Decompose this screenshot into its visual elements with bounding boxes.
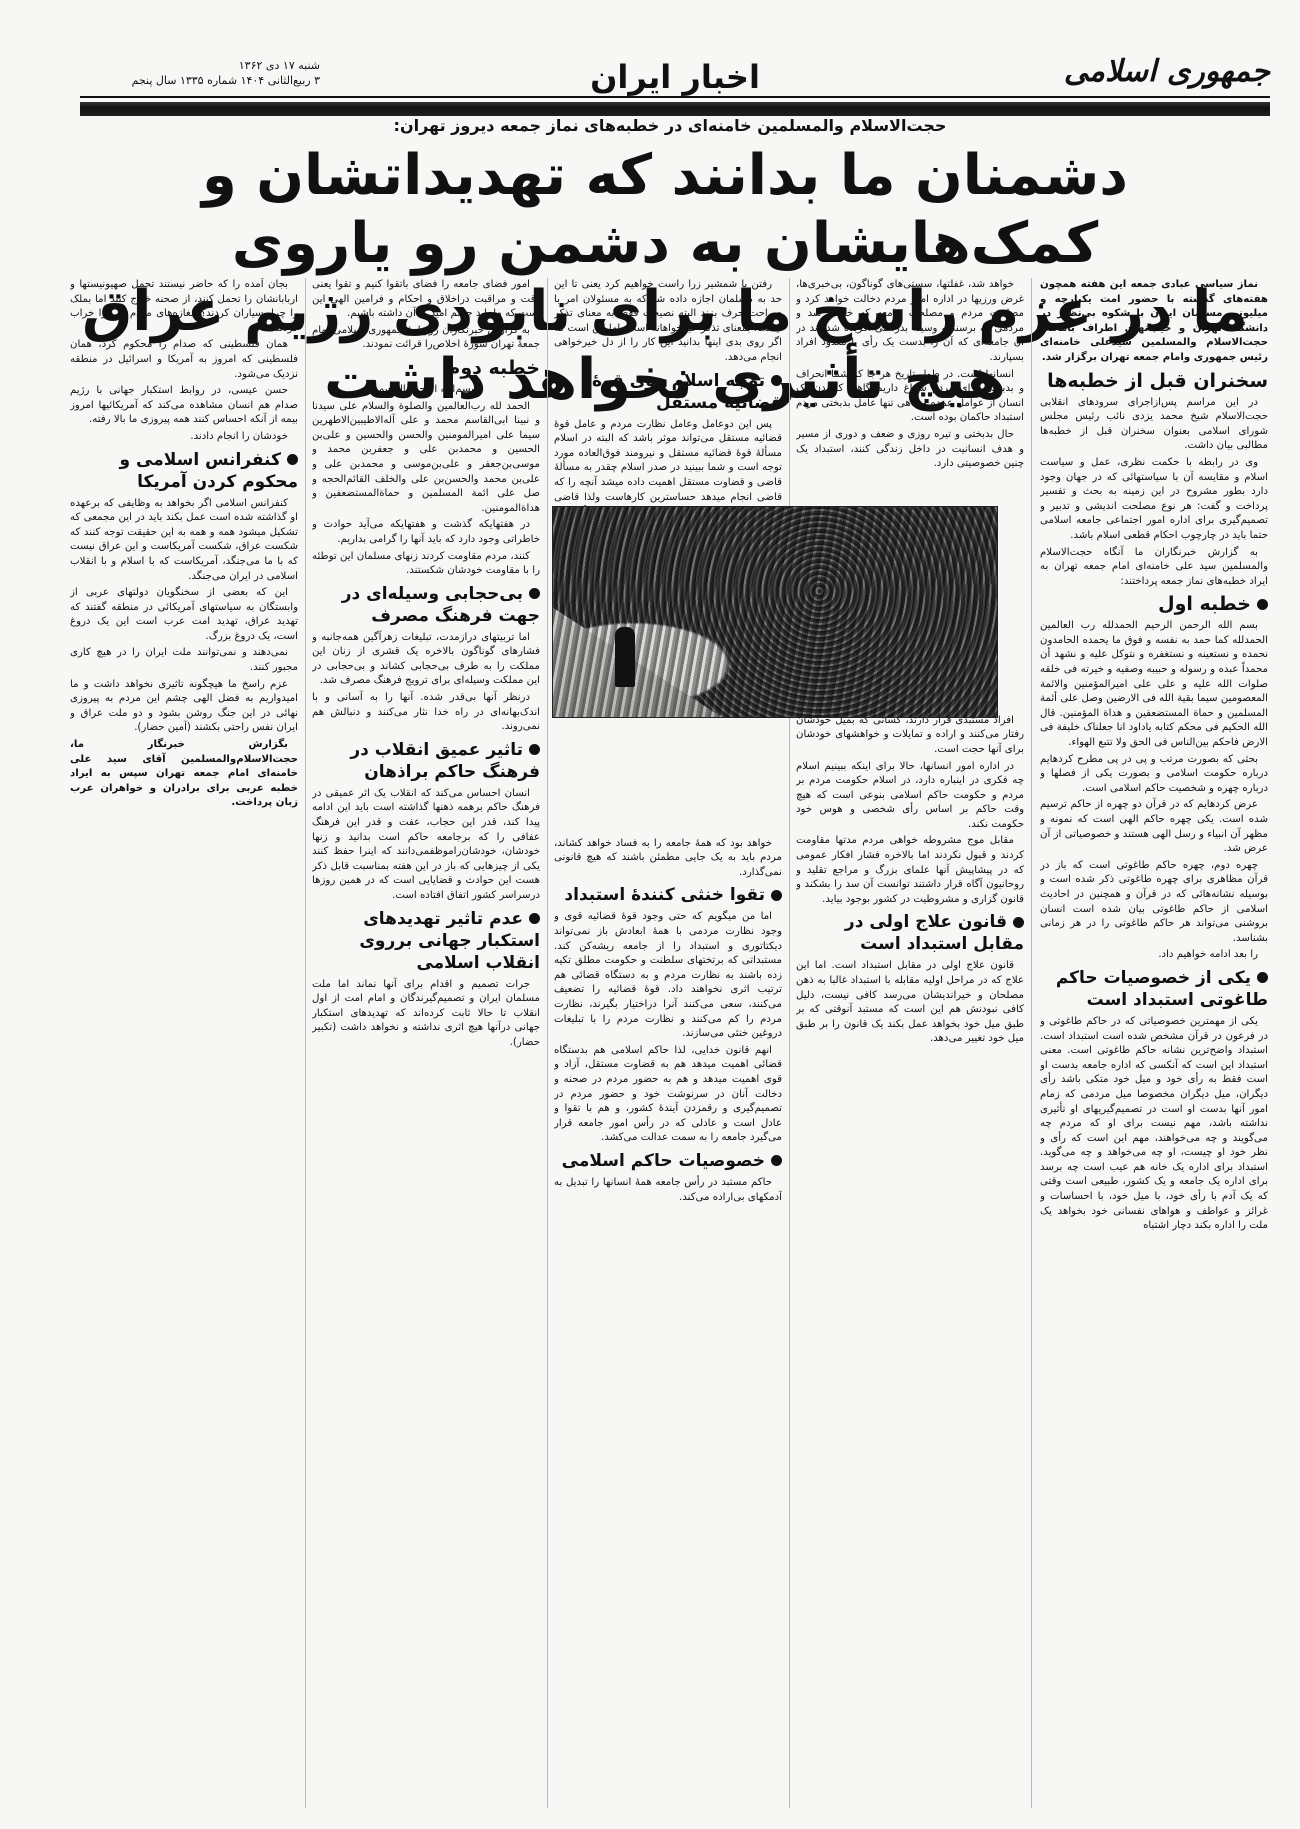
- subheading-law-remedy: قانون علاج اولی در مقابل استبداد است: [796, 911, 1024, 955]
- date-hijri-issue: ۳ ربیع‌الثانی ۱۴۰۴ شماره ۱۳۳۵ سال پنجم: [80, 73, 320, 88]
- headline-kicker: حجت‌الاسلام والمسلمین خامنه‌ای در خطبه‌ه…: [360, 116, 980, 135]
- paragraph: انهم قانون خدایی، لذا حاکم اسلامی هم بدس…: [554, 1044, 782, 1146]
- paragraph: عزم راسخ ما هیچگونه تاثیری نخواهد داشت و…: [70, 678, 298, 736]
- paragraph: اما من میگویم که حتی وجود قوهٔ قضائیه قو…: [554, 910, 782, 1041]
- paragraph: بگزارش خبرنگار ما، حجت‌الاسلام‌والمسلمین…: [70, 738, 298, 811]
- photo-cleric-figure: [615, 627, 635, 687]
- paragraph: حال بدبختی و تیره روزی و ضعف و دوری از م…: [796, 428, 1024, 472]
- masthead: جمهوری اسلامی اخبار ایران شنبه ۱۷ دی ۱۳۶…: [80, 40, 1270, 100]
- paragraph: قانون علاج اولی در مقابل استبداد است. ام…: [796, 959, 1024, 1047]
- paragraph: اما تربیتهای درازمدت، تبلیغات زهرآگین هم…: [312, 631, 540, 689]
- bullet-icon: [1013, 917, 1024, 928]
- paragraph: حاکم مستبد در رأس جامعه همهٔ انسانها را …: [554, 1176, 782, 1205]
- column-1: نماز سیاسی عبادی جمعه این هفته همچون هفت…: [1040, 278, 1268, 1808]
- subheading-text: قانون علاج اولی در مقابل استبداد است: [845, 912, 1024, 954]
- paragraph: خواهد شد، غفلتها، سستی‌های گوناگون، بی‌خ…: [796, 278, 1024, 366]
- subheading-independent-judiciary: توجه اسلام روی قوهٔ قضائیه مستقل: [554, 370, 782, 414]
- column-4: امور فضای جامعه را فضای باتقوا کنیم و تق…: [312, 278, 540, 1808]
- paragraph: به گزارش خبرنگاران روزنامهٔ جمهوری اسلام…: [312, 324, 540, 353]
- intro-paragraph: نماز سیاسی عبادی جمعه این هفته همچون هفت…: [1040, 278, 1268, 366]
- paragraph: عرض کردهایم که در قرآن دو چهره از حاکم ت…: [1040, 798, 1268, 856]
- column-divider: [547, 278, 548, 1808]
- paragraph: کنفرانس اسلامی اگر بخواهد به وظایفی که ب…: [70, 497, 298, 585]
- paragraph: همان فلسطینی که صدام را محکوم کرد، همان …: [70, 338, 298, 382]
- newspaper-page: جمهوری اسلامی اخبار ایران شنبه ۱۷ دی ۱۳۶…: [0, 0, 1300, 1829]
- subheading-piety: تقوا خنثی کنندهٔ استبداد: [554, 884, 782, 906]
- paragraph: چهره دوم، چهره حاکم طاغوتی است که باز در…: [1040, 859, 1268, 947]
- paragraph: کنند، مردم مقاومت کردند زنهای مسلمان این…: [312, 550, 540, 579]
- paragraph: به گزارش خبرنگاران ما آنگاه حجت‌الاسلام …: [1040, 546, 1268, 590]
- masthead-rule-thick: [80, 102, 1270, 116]
- paragraph: در این مراسم پس‌ازاجرای سرودهای انقلابی …: [1040, 396, 1268, 454]
- paragraph: امور فضای جامعه را فضای باتقوا کنیم و تق…: [312, 278, 540, 322]
- subheading-unveiling: بی‌حجابی وسیله‌ای در جهت فرهنگ مصرف: [312, 583, 540, 627]
- paragraph: بجان آمده را که حاضر نیستند تحمل صهیونیس…: [70, 278, 298, 336]
- subheading-pre-sermon-speaker: سخنران قبل از خطبه‌ها: [1040, 370, 1268, 392]
- paragraph: درنظر آنها بی‌قدر شده. آنها را به آسانی …: [312, 691, 540, 735]
- bullet-icon: [529, 588, 540, 599]
- paragraph: در هفتهایکه گذشت و هفتهایکه می‌آید حوادث…: [312, 518, 540, 547]
- section-title: اخبار ایران: [590, 58, 760, 96]
- bullet-icon: [1257, 972, 1268, 983]
- paragraph: بحثی که بصورت مرتب و پی در پی مطرح کردها…: [1040, 753, 1268, 797]
- paragraph: را بعد ادامه خواهیم داد.: [1040, 948, 1268, 963]
- crowd-photo: [552, 506, 998, 718]
- paragraph: افراد مستبدی قرار دارند، کسانی که بمیل خ…: [796, 714, 1024, 758]
- date-gregorian-persian: شنبه ۱۷ دی ۱۳۶۲: [80, 58, 320, 73]
- subheading-text: توجه اسلام روی قوهٔ قضائیه مستقل: [592, 371, 782, 413]
- paragraph: نمی‌دهند و نمی‌توانند ملت ایران را در هی…: [70, 646, 298, 675]
- subheading-revolution-impact: تاثیر عمیق انقلاب در فرهنگ حاکم براذهان: [312, 739, 540, 783]
- bullet-icon: [1257, 599, 1268, 610]
- subheading-second-sermon: خطبه دوم: [312, 357, 540, 379]
- masthead-rule-thin: [80, 96, 1270, 98]
- bullet-icon: [287, 454, 298, 465]
- paragraph: خودشان را انجام دادند.: [70, 430, 298, 445]
- column-divider: [305, 278, 306, 1808]
- column-5: بجان آمده را که حاضر نیستند تحمل صهیونیس…: [70, 278, 298, 1808]
- subheading-islamic-conference: کنفرانس اسلامی و محکوم کردن آمریکا: [70, 449, 298, 493]
- subheading-arrogance-threats: عدم تاثیر تهدیدهای استکبار جهانی برروی ا…: [312, 908, 540, 974]
- bullet-icon: [529, 913, 540, 924]
- basmala: بسم‌الله الرحمن‌الرحیم: [312, 383, 540, 398]
- subheading-text: تاثیر عمیق انقلاب در فرهنگ حاکم براذهان: [350, 740, 540, 782]
- subheading-islamic-ruler-traits: خصوصیات حاکم اسلامی: [554, 1150, 782, 1172]
- dateline: شنبه ۱۷ دی ۱۳۶۲ ۳ ربیع‌الثانی ۱۴۰۴ شماره…: [80, 58, 320, 88]
- bullet-icon: [771, 375, 782, 386]
- subheading-text: عدم تاثیر تهدیدهای استکبار جهانی برروی ا…: [359, 909, 540, 973]
- bullet-icon: [771, 1155, 782, 1166]
- paragraph: در اداره امور انسانها، حالا برای اینکه ب…: [796, 760, 1024, 833]
- headline-line-1: دشمنان ما بدانند که تهدیداتشان و کمک‌های…: [70, 142, 1260, 278]
- subheading-text: تقوا خنثی کنندهٔ استبداد: [564, 885, 765, 905]
- paragraph: خواهد بود که همهٔ جامعه را به فساد خواهد…: [554, 837, 782, 881]
- paragraph: انسان احساس می‌کند که انقلاب یک اثر عمیق…: [312, 787, 540, 904]
- paragraph: بسم الله الرحمن الرحیم الحمدلله رب العال…: [1040, 619, 1268, 750]
- paragraph: یکی از مهمترین خصوصیاتی که در حاکم طاغوت…: [1040, 1015, 1268, 1234]
- subheading-text: خصوصیات حاکم اسلامی: [562, 1151, 765, 1171]
- paragraph: این که بعضی از سخنگویان دولتهای عربی از …: [70, 586, 298, 644]
- paragraph: حسن عیسی، در روابط استکبار جهانی با رژیم…: [70, 384, 298, 428]
- paragraph: الحمد لله رب‌العالمین والصلوة والسلام عل…: [312, 400, 540, 517]
- paragraph: رفتن یا شمشیر زرا راست خواهیم کرد یعنی ت…: [554, 278, 782, 366]
- subheading-text: یکی از خصوصیات حاکم طاغوتی استبداد است: [1056, 968, 1268, 1010]
- paragraph: مقابل موج مشروطه خواهی مردم مدتها مقاومت…: [796, 834, 1024, 907]
- paragraph: وی در رابطه با حکمت نظری، عمل و سیاست اس…: [1040, 456, 1268, 544]
- column-divider: [1031, 278, 1032, 1808]
- subheading-text: بی‌حجابی وسیله‌ای در جهت فرهنگ مصرف: [342, 584, 540, 626]
- paragraph: انسانها است. در طول تاریخ هر جا که شما ا…: [796, 368, 1024, 426]
- subheading-first-sermon: خطبه اول: [1040, 593, 1268, 615]
- subheading-text: خطبه اول: [1158, 593, 1251, 615]
- bullet-icon: [771, 890, 782, 901]
- subheading-text: کنفرانس اسلامی و محکوم کردن آمریکا: [120, 450, 298, 492]
- bullet-icon: [529, 744, 540, 755]
- subheading-tyrant-traits: یکی از خصوصیات حاکم طاغوتی استبداد است: [1040, 967, 1268, 1011]
- paragraph: جرات تصمیم و اقدام برای آنها نماند اما م…: [312, 978, 540, 1051]
- newspaper-logo: جمهوری اسلامی: [1064, 54, 1270, 89]
